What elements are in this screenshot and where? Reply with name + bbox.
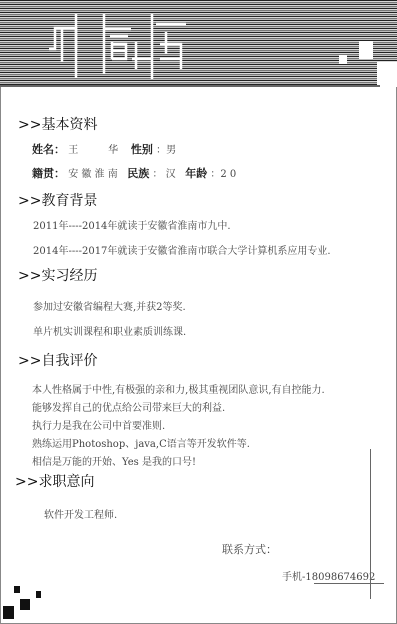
- self-eval-item: 熟练运用Photoshop、java,C语言等开发软件等.: [32, 435, 250, 450]
- self-eval-item: 相信是万能的开始、Yes 是我的口号!: [32, 453, 196, 468]
- origin-label: 籍贯：: [32, 167, 65, 180]
- name-value: 王 华: [68, 145, 118, 156]
- age-label: 年龄: [185, 167, 207, 180]
- decor-square: [36, 591, 41, 598]
- decor-square: [377, 62, 397, 87]
- decor-horizontal-line: [314, 583, 384, 584]
- decor-square: [359, 41, 373, 59]
- self-eval-item: 本人性格属于中性,有极强的亲和力,极其重视团队意识,有自控能力.: [32, 381, 325, 396]
- origin-value: 安 徽 淮 南: [68, 169, 118, 180]
- section-title-basic: >>基本资料: [18, 114, 97, 134]
- self-eval-item: 能够发挥自己的优点给公司带来巨大的利益.: [32, 399, 225, 414]
- self-eval-item: 执行力是我在公司中首要准则.: [32, 417, 165, 432]
- internship-item: 单片机实训课程和职业素质训练课.: [33, 323, 186, 338]
- resume-title-logo: [46, 14, 191, 80]
- gender-value: ：男: [156, 145, 176, 156]
- decor-square: [339, 55, 347, 64]
- header-banner: [0, 0, 397, 87]
- contact-label: 联系方式：: [222, 541, 277, 557]
- education-item: 2014年----2017年就读于安徽省淮南市联合大学计算机系应用专业.: [33, 242, 331, 257]
- header-divider: [0, 85, 380, 87]
- decor-square: [14, 586, 20, 593]
- gender-label: 性别: [131, 143, 153, 156]
- decor-square: [3, 606, 14, 619]
- phone-number: 手机-18098674692: [282, 568, 375, 583]
- decor-square: [20, 599, 30, 610]
- ethnicity-value: ： 汉: [152, 169, 175, 180]
- section-title-education: >>教育背景: [18, 190, 97, 210]
- basic-row-1: 姓名： 王 华 性别 ：男: [32, 141, 176, 157]
- basic-row-2: 籍贯： 安 徽 淮 南 民族 ： 汉 年龄 ：2 0: [32, 165, 236, 181]
- ethnicity-label: 民族: [127, 167, 149, 180]
- section-title-objective: >>求职意向: [15, 471, 94, 491]
- education-item: 2011年----2014年就读于安徽省淮南市九中.: [33, 217, 231, 232]
- name-label: 姓名：: [32, 143, 65, 156]
- objective-value: 软件开发工程师.: [44, 506, 117, 521]
- decor-vertical-line: [370, 449, 371, 599]
- age-value: ：2 0: [210, 169, 236, 180]
- internship-item: 参加过安徽省编程大赛,并获2等奖.: [33, 298, 186, 313]
- section-title-internship: >>实习经历: [18, 265, 97, 285]
- section-title-self-eval: >>自我评价: [18, 350, 97, 370]
